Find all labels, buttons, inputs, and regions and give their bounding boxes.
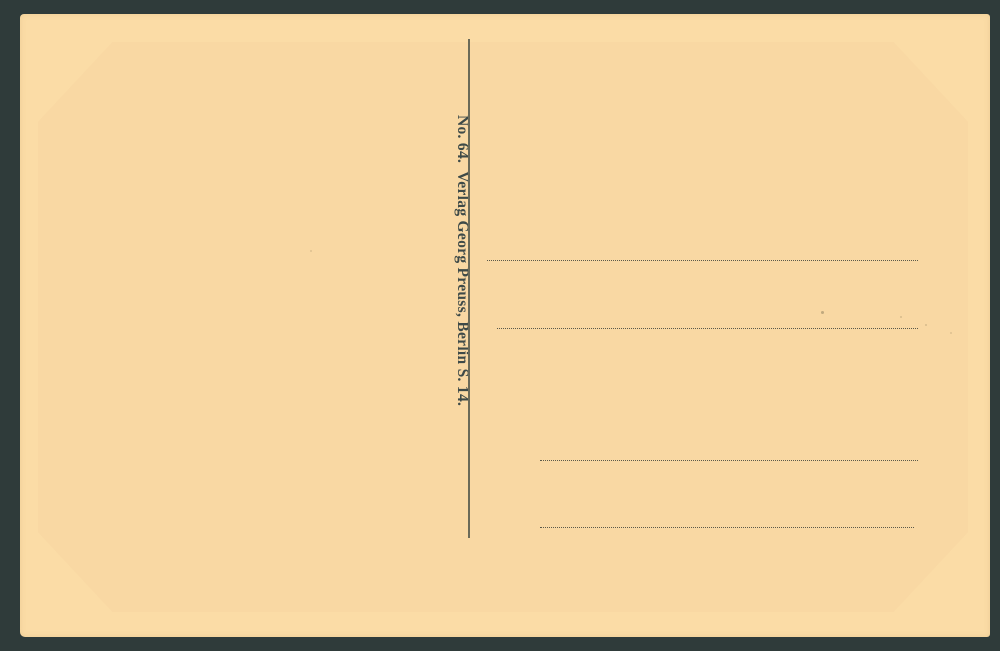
address-line-2 <box>497 328 918 329</box>
postcard-back: No. 64. Verlag Georg Preuss, Berlin S. 1… <box>20 14 990 637</box>
address-line-3 <box>540 460 918 461</box>
address-line-4 <box>540 527 914 528</box>
paper-speck <box>310 250 312 252</box>
address-line-1 <box>487 260 918 261</box>
center-divider-line <box>468 39 470 538</box>
paper-speck <box>821 311 824 314</box>
paper-speck <box>900 316 902 318</box>
scan-background: No. 64. Verlag Georg Preuss, Berlin S. 1… <box>0 0 1000 651</box>
paper-speck <box>950 332 952 334</box>
paper-speck <box>925 324 927 326</box>
